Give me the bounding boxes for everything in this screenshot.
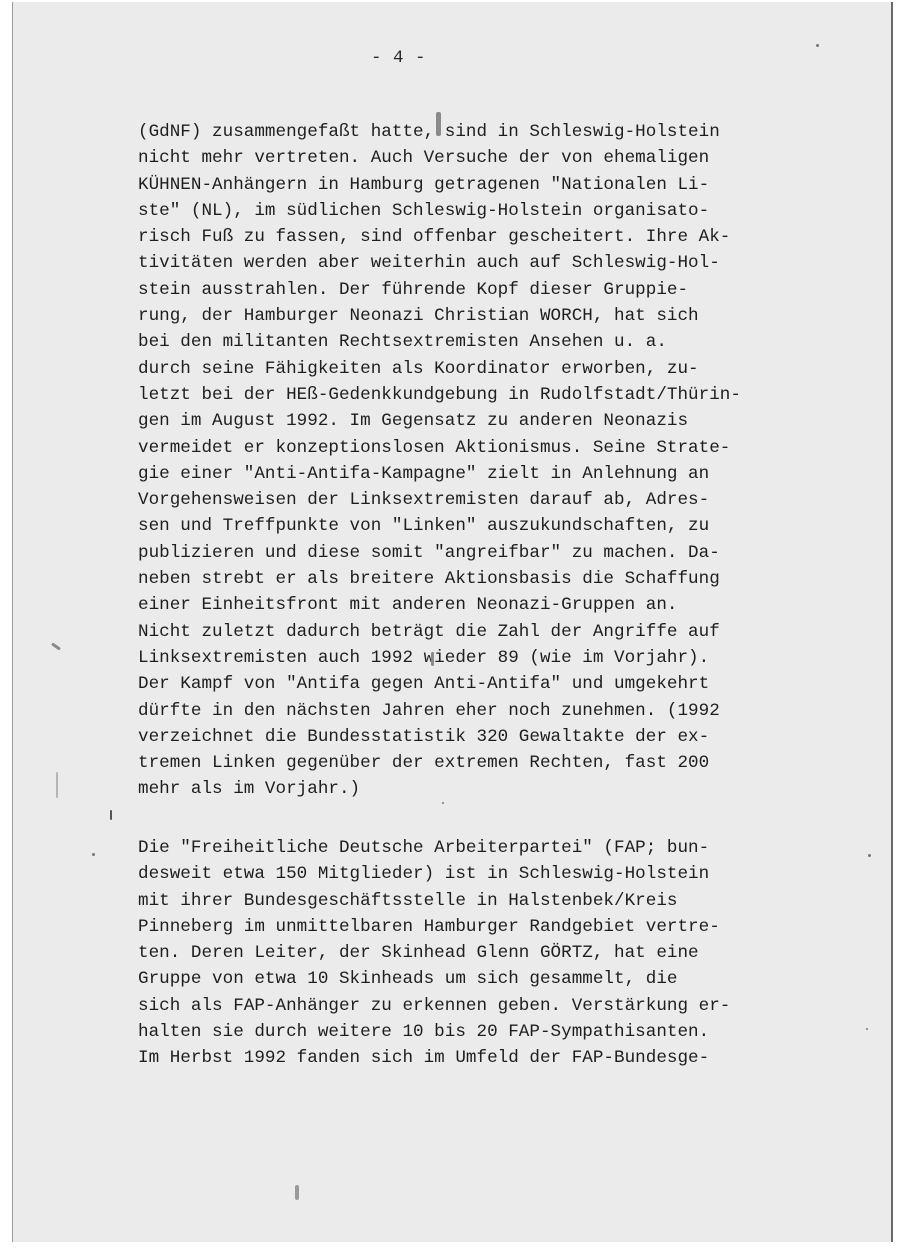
- text-line: Die "Freiheitliche Deutsche Arbeiterpart…: [138, 835, 730, 861]
- scan-artifact: [295, 1185, 299, 1200]
- text-line: Linksextremisten auch 1992 wieder 89 (wi…: [138, 645, 741, 671]
- text-line: mit ihrer Bundesgeschäftsstelle in Halst…: [138, 888, 730, 914]
- text-line: ste" (NL), im südlichen Schleswig-Holste…: [138, 198, 741, 224]
- text-line: Gruppe von etwa 10 Skinheads um sich ges…: [138, 966, 730, 992]
- scan-speck: [868, 854, 871, 857]
- page-number: - 4 -: [371, 48, 426, 68]
- scanned-page: - 4 - (GdNF) zusammengefaßt hatte, sind …: [12, 2, 893, 1242]
- text-line: Pinneberg im unmittelbaren Hamburger Ran…: [138, 914, 730, 940]
- scan-artifact: [110, 810, 112, 820]
- text-line: mehr als im Vorjahr.): [138, 776, 741, 802]
- text-line: gie einer "Anti-Antifa-Kampagne" zielt i…: [138, 461, 741, 487]
- text-line: bei den militanten Rechtsextremisten Ans…: [138, 329, 741, 355]
- text-line: tremen Linken gegenüber der extremen Rec…: [138, 750, 741, 776]
- text-line: KÜHNEN-Anhängern in Hamburg getragenen "…: [138, 172, 741, 198]
- text-line: neben strebt er als breitere Aktionsbasi…: [138, 566, 741, 592]
- text-line: einer Einheitsfront mit anderen Neonazi-…: [138, 592, 741, 618]
- text-line: risch Fuß zu fassen, sind offenbar gesch…: [138, 224, 741, 250]
- scan-speck: [816, 44, 819, 47]
- text-line: stein ausstrahlen. Der führende Kopf die…: [138, 277, 741, 303]
- text-line: rung, der Hamburger Neonazi Christian WO…: [138, 303, 741, 329]
- scan-artifact: [51, 642, 61, 650]
- text-line: gen im August 1992. Im Gegensatz zu ande…: [138, 408, 741, 434]
- text-line: Vorgehensweisen der Linksextremisten dar…: [138, 487, 741, 513]
- text-line: verzeichnet die Bundesstatistik 320 Gewa…: [138, 724, 741, 750]
- text-line: sich als FAP-Anhänger zu erkennen geben.…: [138, 993, 730, 1019]
- text-line: desweit etwa 150 Mitglieder) ist in Schl…: [138, 861, 730, 887]
- text-line: Der Kampf von "Antifa gegen Anti-Antifa"…: [138, 671, 741, 697]
- text-line: halten sie durch weitere 10 bis 20 FAP-S…: [138, 1019, 730, 1045]
- text-line: Im Herbst 1992 fanden sich im Umfeld der…: [138, 1045, 730, 1071]
- text-line: sen und Treffpunkte von "Linken" auszuku…: [138, 513, 741, 539]
- paragraph-fap: Die "Freiheitliche Deutsche Arbeiterpart…: [138, 835, 730, 1072]
- text-line: durch seine Fähigkeiten als Koordinator …: [138, 356, 741, 382]
- scan-artifact: [431, 652, 434, 666]
- text-line: dürfte in den nächsten Jahren eher noch …: [138, 698, 741, 724]
- text-line: nicht mehr vertreten. Auch Versuche der …: [138, 145, 741, 171]
- text-line: tivitäten werden aber weiterhin auch auf…: [138, 250, 741, 276]
- scan-speck: [866, 1028, 868, 1030]
- scan-speck: [92, 853, 95, 856]
- text-line: publizieren und diese somit "angreifbar"…: [138, 540, 741, 566]
- paragraph-gdnf-worch: (GdNF) zusammengefaßt hatte, sind in Sch…: [138, 119, 741, 803]
- scan-artifact: [436, 112, 441, 136]
- scan-speck: [442, 802, 444, 804]
- text-line: Nicht zuletzt dadurch beträgt die Zahl d…: [138, 619, 741, 645]
- text-line: ten. Deren Leiter, der Skinhead Glenn GÖ…: [138, 940, 730, 966]
- scan-artifact: [56, 772, 58, 798]
- text-line: letzt bei der HEß-Gedenkkundgebung in Ru…: [138, 382, 741, 408]
- text-line: vermeidet er konzeptionslosen Aktionismu…: [138, 435, 741, 461]
